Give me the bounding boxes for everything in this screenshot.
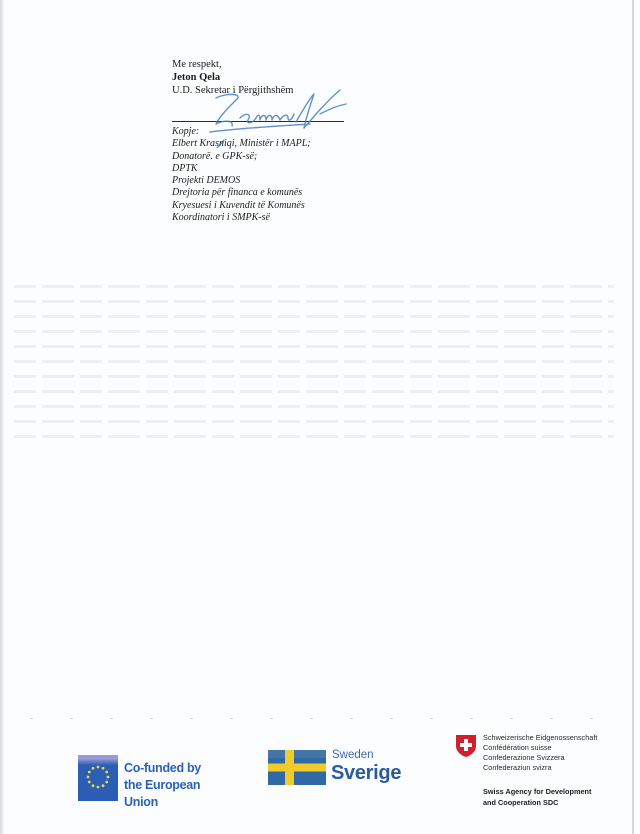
sweden-sverige-logo: Sweden Sverige	[268, 748, 418, 790]
eu-line-2: the European Union	[124, 777, 223, 811]
swiss-name-de: Schweizerische Eidgenossenschaft	[483, 733, 597, 743]
copies-list: Kopje: Elbert Krasniqi, Ministër i MAPL;…	[172, 126, 311, 224]
copy-recipient: Projekti DEMOS	[172, 175, 311, 187]
eu-flag-icon	[78, 755, 118, 801]
faint-rule	[30, 718, 615, 719]
sweden-label: Sweden	[332, 749, 374, 761]
copy-recipient: Elbert Krasniqi, Ministër i MAPL;	[172, 138, 311, 150]
letter-page: Me respekt, Jeton Qela U.D. Sekretar i P…	[0, 0, 640, 834]
sweden-flag-icon	[268, 750, 326, 785]
swiss-name-fr: Confédération suisse	[483, 743, 597, 753]
sdc-line-2: and Cooperation SDC	[483, 798, 591, 809]
copy-recipient: Donatorë. e GPK-së;	[172, 151, 311, 163]
copy-recipient: DPTK	[172, 163, 311, 175]
copy-recipient: Koordinatori i SMPK-së	[172, 212, 311, 224]
sverige-label: Sverige	[331, 762, 401, 785]
swiss-shield-icon	[455, 734, 477, 758]
sdc-line-1: Swiss Agency for Development	[483, 787, 591, 798]
copies-heading: Kopje:	[172, 126, 311, 138]
swiss-name-it: Confederazione Svizzera	[483, 753, 597, 763]
copy-recipient: Drejtoria për financa e komunës	[172, 187, 311, 199]
swiss-sdc-logo: Schweizerische Eidgenossenschaft Confédé…	[455, 733, 625, 823]
eu-line-1: Co-funded by	[124, 760, 223, 777]
eu-cofunded-logo: Co-funded by the European Union	[78, 755, 223, 801]
scan-edge-left	[0, 0, 4, 834]
salutation: Me respekt,	[172, 58, 293, 71]
copy-recipient: Kryesuesi i Kuvendit të Komunës	[172, 200, 311, 212]
reverse-side-bleed-through	[14, 285, 614, 455]
signatory-name: Jeton Qela	[172, 71, 293, 84]
swiss-name-rm: Confederaziun svizra	[483, 763, 597, 773]
scan-edge-right	[632, 0, 634, 834]
